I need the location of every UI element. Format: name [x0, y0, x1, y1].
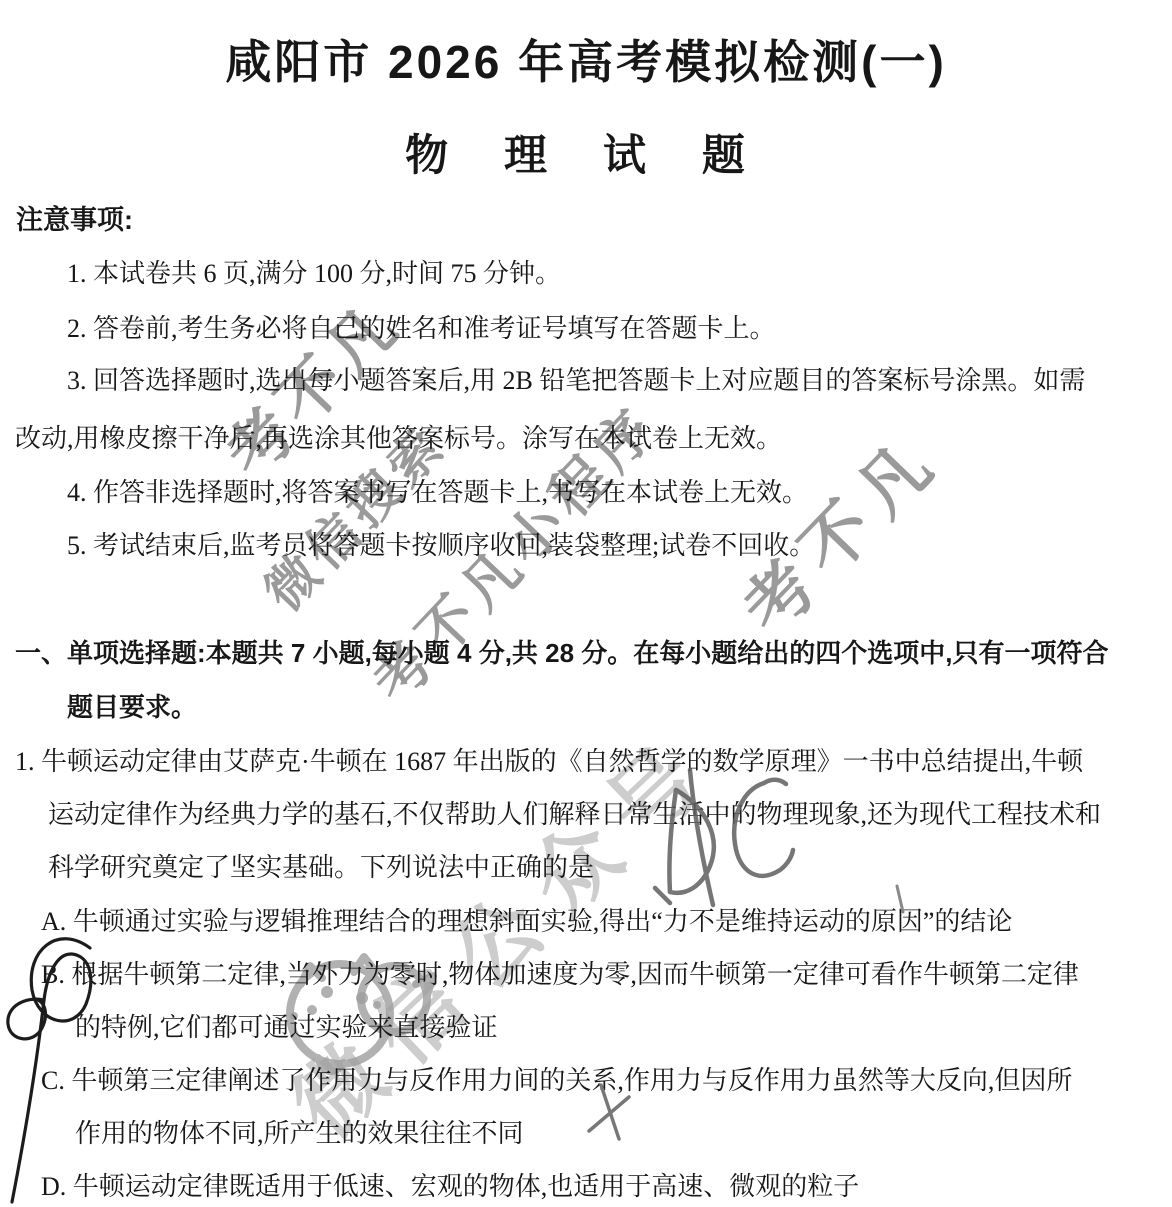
notice-line-5: 5. 考试结束后,监考员将答题卡按顺序收回,装袋整理;试卷不回收。: [67, 525, 815, 562]
notice-line-4: 4. 作答非选择题时,将答案书写在答题卡上,书写在本试卷上无效。: [67, 472, 808, 509]
question1-option-c-line-2: 作用的物体不同,所产生的效果往往不同: [75, 1113, 524, 1150]
subject-title: 物 理 试 题: [0, 122, 1172, 183]
notice-line-2: 2. 答卷前,考生务必将自己的姓名和准考证号填写在答题卡上。: [67, 308, 776, 345]
document-text: 咸阳市 2026 年高考模拟检测(一) 物 理 试 题 注意事项: 1. 本试卷…: [0, 0, 1172, 1207]
question1-stem-line-1: 1. 牛顿运动定律由艾萨克·牛顿在 1687 年出版的《自然哲学的数学原理》一书…: [15, 741, 1083, 778]
question1-option-a: A. 牛顿通过实验与逻辑推理结合的理想斜面实验,得出“力不是维持运动的原因”的结…: [41, 901, 1012, 938]
notice-line-3-wrap: 改动,用橡皮擦干净后,再选涂其他答案标号。涂写在本试卷上无效。: [15, 418, 782, 455]
section-heading-line-1: 一、单项选择题:本题共 7 小题,每小题 4 分,共 28 分。在每小题给出的四…: [15, 633, 1109, 670]
exam-page: 考不凡 微信搜索 考不凡小程序 考不凡 微信公众号 咸: [0, 0, 1172, 1207]
notice-line-1: 1. 本试卷共 6 页,满分 100 分,时间 75 分钟。: [67, 253, 561, 290]
exam-title: 咸阳市 2026 年高考模拟检测(一): [0, 26, 1172, 92]
question1-option-b-line-1: B. 根据牛顿第二定律,当外力为零时,物体加速度为零,因而牛顿第一定律可看作牛顿…: [41, 954, 1079, 991]
question1-stem-line-3: 科学研究奠定了坚实基础。下列说法中正确的是: [48, 847, 594, 884]
section-heading-line-2: 题目要求。: [67, 687, 197, 724]
notice-line-3: 3. 回答选择题时,选出每小题答案后,用 2B 铅笔把答题卡上对应题目的答案标号…: [67, 360, 1085, 397]
question1-option-b-line-2: 的特例,它们都可通过实验来直接验证: [75, 1007, 498, 1044]
question1-stem-line-2: 运动定律作为经典力学的基石,不仅帮助人们解释日常生活中的物理现象,还为现代工程技…: [48, 794, 1101, 831]
notice-heading: 注意事项:: [16, 198, 133, 237]
question1-option-d: D. 牛顿运动定律既适用于低速、宏观的物体,也适用于高速、微观的粒子: [41, 1166, 859, 1203]
question1-option-c-line-1: C. 牛顿第三定律阐述了作用力与反作用力间的关系,作用力与反作用力虽然等大反向,…: [41, 1060, 1072, 1097]
